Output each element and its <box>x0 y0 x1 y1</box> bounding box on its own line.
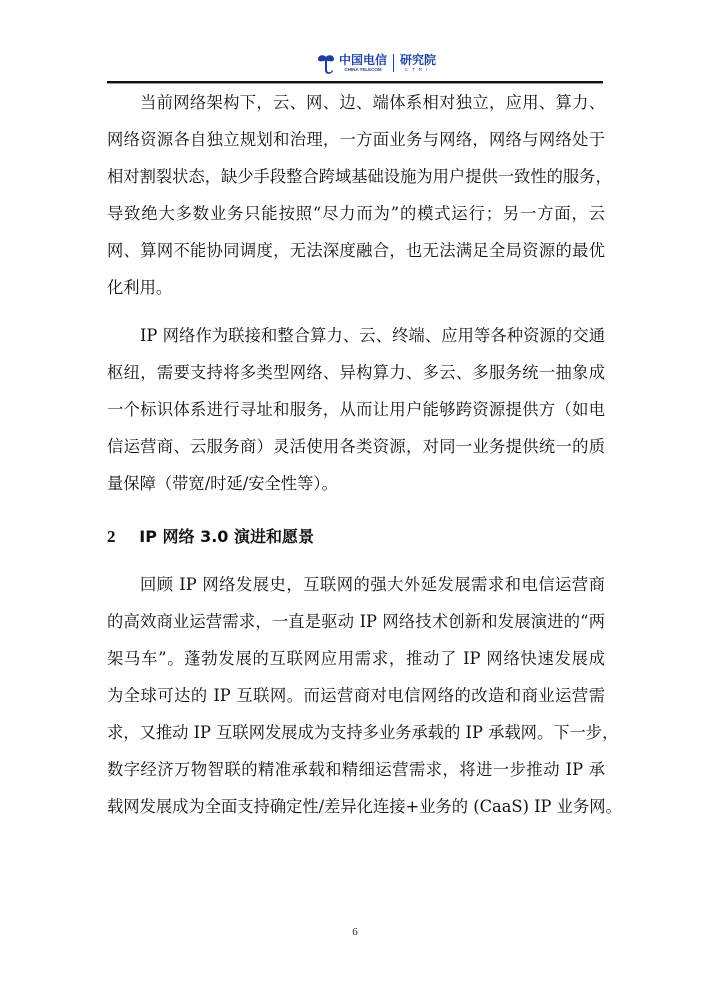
paragraph-1: 当前网络架构下，云、网、边、端体系相对独立，应用、算力、 网络资源各自独立规划和… <box>107 84 605 306</box>
text-line: 当前网络架构下，云、网、边、端体系相对独立，应用、算力、 <box>107 84 605 121</box>
text-line: 的高效商业运营需求，一直是驱动 IP 网络技术创新和发展演进的“两 <box>107 603 605 640</box>
text-line: 架马车”。蓬勃发展的互联网应用需求，推动了 IP 网络快速发展成 <box>107 640 605 677</box>
paragraph-3: 回顾 IP 网络发展史，互联网的强大外延发展需求和电信运营商 的高效商业运营需求… <box>107 566 605 825</box>
text-line: 载网发展成为全面支持确定性/差异化连接+业务的 (CaaS) IP 业务网。 <box>107 788 605 825</box>
text-line: 数字经济万物智联的精准承载和精细运营需求，将进一步推动 IP 承 <box>107 751 605 788</box>
text-line: 量保障（带宽/时延/安全性等）。 <box>107 465 605 502</box>
page-number: 6 <box>0 926 710 938</box>
section-title: IP 网络 3.0 演进和愿景 <box>139 527 314 546</box>
paragraph-2: IP 网络作为联接和整合算力、云、终端、应用等各种资源的交通 枢纽，需要支持将多… <box>107 317 605 502</box>
institute-name-en: CTRI <box>405 67 432 73</box>
china-telecom-ctri-logo: 中国电信 CHINA TELECOM 研究院 CTRI <box>316 50 436 76</box>
text-line: 网络资源各自独立规划和治理，一方面业务与网络，网络与网络处于 <box>107 121 605 158</box>
text-line: IP 网络作为联接和整合算力、云、终端、应用等各种资源的交通 <box>107 317 605 354</box>
page-header: 中国电信 CHINA TELECOM 研究院 CTRI <box>0 0 710 90</box>
text-line: 相对割裂状态，缺少手段整合跨域基础设施为用户提供一致性的服务， <box>107 158 605 195</box>
header-rule <box>107 81 603 83</box>
text-line: 求，又推动 IP 互联网发展成为支持多业务承载的 IP 承载网。下一步， <box>107 714 605 751</box>
text-line: 枢纽，需要支持将多类型网络、异构算力、多云、多服务统一抽象成 <box>107 354 605 391</box>
section-heading: 2 IP 网络 3.0 演进和愿景 <box>107 522 314 552</box>
section-number: 2 <box>107 522 135 552</box>
institute-name-cn: 研究院 <box>400 53 436 67</box>
china-telecom-logo-icon <box>316 52 336 74</box>
text-line: 导致绝大多数业务只能按照“尽力而为”的模式运行；另一方面，云 <box>107 195 605 232</box>
brand-name-cn: 中国电信 <box>339 53 387 67</box>
institute-block: 研究院 CTRI <box>400 53 436 73</box>
text-line: 为全球可达的 IP 互联网。而运营商对电信网络的改造和商业运营需 <box>107 677 605 714</box>
text-line: 化利用。 <box>107 269 605 306</box>
brand-name-en: CHINA TELECOM <box>344 67 381 73</box>
text-line: 网、算网不能协同调度，无法深度融合，也无法满足全局资源的最优 <box>107 232 605 269</box>
text-line: 信运营商、云服务商）灵活使用各类资源，对同一业务提供统一的质 <box>107 428 605 465</box>
text-line: 一个标识体系进行寻址和服务，从而让用户能够跨资源提供方（如电 <box>107 391 605 428</box>
logo-separator <box>393 54 394 72</box>
brand-block: 中国电信 CHINA TELECOM <box>339 53 387 73</box>
text-line: 回顾 IP 网络发展史，互联网的强大外延发展需求和电信运营商 <box>107 566 605 603</box>
